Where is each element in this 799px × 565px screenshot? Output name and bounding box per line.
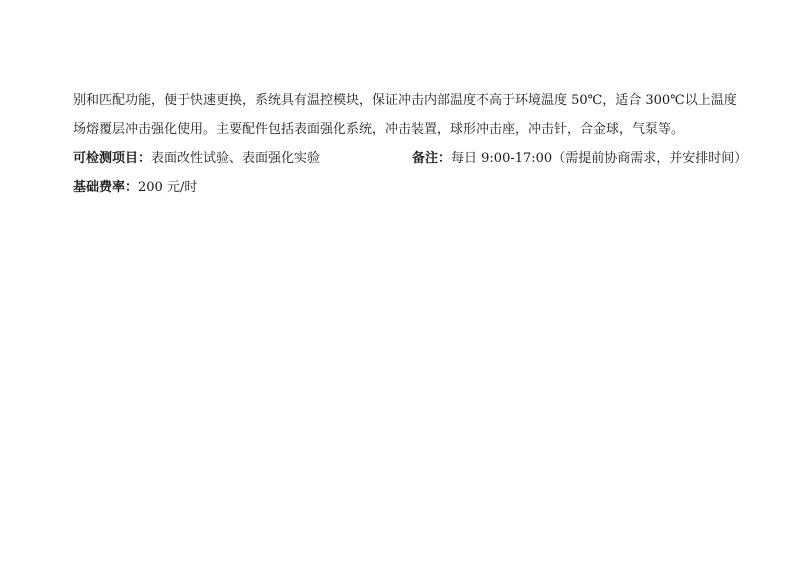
rate-row: 基础费率：200 元/时 <box>73 180 197 196</box>
remarks-label: 备注： <box>412 151 451 166</box>
remarks-row: 备注：每日 9:00-17:00（需提前协商需求，并安排时间） <box>412 151 747 167</box>
rate-label: 基础费率： <box>73 180 138 195</box>
paragraph-line-2: 场熔覆层冲击强化使用。主要配件包括表面强化系统，冲击装置，球形冲击座，冲击针，合… <box>73 122 684 138</box>
test-items-label: 可检测项目： <box>73 151 151 166</box>
rate-value: 200 元/时 <box>138 180 197 195</box>
remarks-value: 每日 9:00-17:00（需提前协商需求，并安排时间） <box>451 151 747 166</box>
paragraph-line-1: 别和匹配功能，便于快速更换，系统具有温控模块，保证冲击内部温度不高于环境温度 5… <box>73 93 737 109</box>
test-items-row: 可检测项目：表面改性试验、表面强化实验 <box>73 151 320 167</box>
test-items-value: 表面改性试验、表面强化实验 <box>151 151 320 166</box>
